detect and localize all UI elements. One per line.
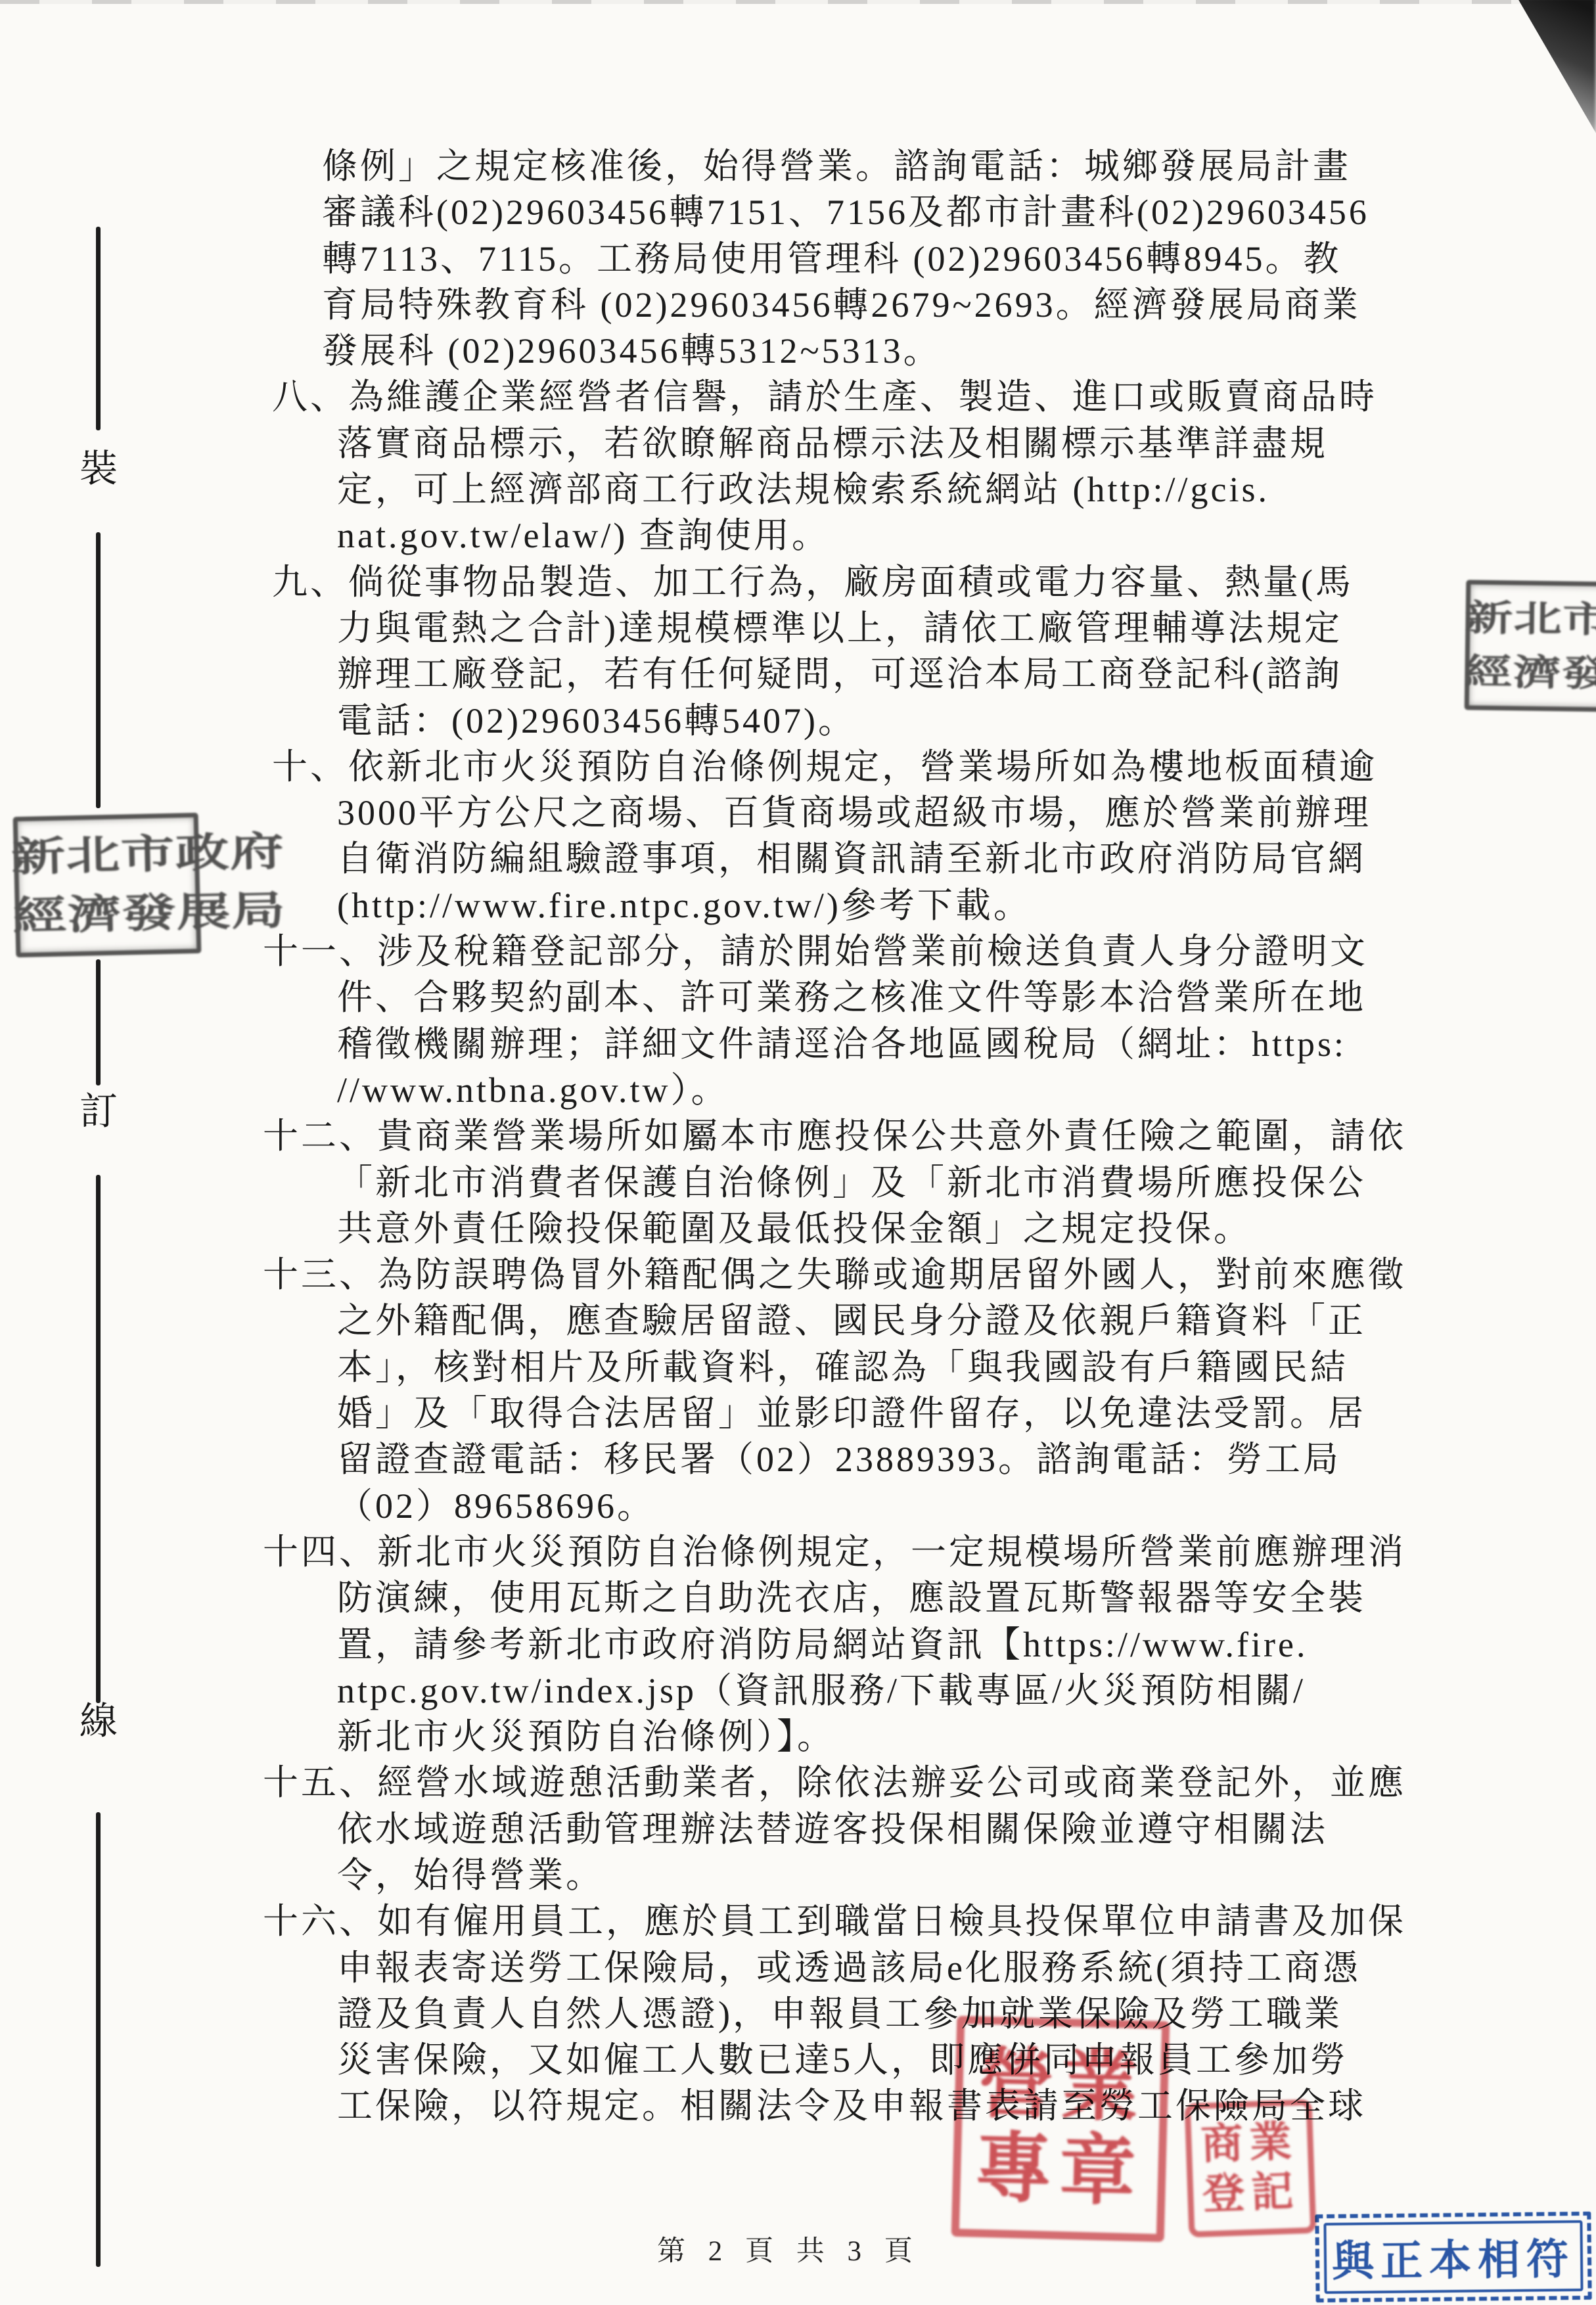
seal-glyphs: 營業專章 [972, 2043, 1150, 2216]
binding-line-segment [96, 1175, 101, 1703]
text-line: 新北市火災預防自治條例）】。 [263, 1714, 1478, 1760]
binding-line-segment [96, 959, 101, 1085]
text-line: 災害保險，又如僱工人數已達5人，即應併同申報員工參加勞 [263, 2037, 1478, 2083]
red-seal-stamp-small: 商業登記 [1184, 2099, 1316, 2238]
text-line: 件、合夥契約副本、許可業務之核准文件等影本洽營業所在地 [263, 974, 1478, 1020]
gray-seal-stamp-right: 新北市政府 經濟發展局 [1465, 580, 1596, 712]
binding-label-ding: 訂 [76, 1092, 121, 1131]
text-line: 電話：(02)29603456轉5407)。 [263, 698, 1478, 744]
text-line: 十、依新北市火災預防自治條例規定，營業場所如為樓地板面積逾 [263, 744, 1478, 790]
seal-glyphs: 商業登記 [1199, 2116, 1301, 2220]
red-seal-stamp-large: 營業專章 [951, 2016, 1170, 2242]
text-line: 證及負責人自然人憑證)，申報員工參加就業保險及勞工職業 [263, 1991, 1478, 2037]
text-line: 條例」之規定核准後，始得營業。諮詢電話：城鄉發展局計畫 [263, 143, 1478, 189]
text-line: 力與電熱之合計)達規模標準以上，請依工廠管理輔導法規定 [263, 605, 1478, 651]
binding-line-segment [96, 227, 101, 430]
text-line: 審議科(02)29603456轉7151、7156及都市計畫科(02)29603… [263, 189, 1478, 235]
seal-text-row: 新北市政府 [1465, 597, 1596, 642]
text-line: 共意外責任險投保範圍及最低投保金額」之規定投保。 [263, 1206, 1478, 1252]
binding-line-segment [96, 532, 101, 808]
text-line: 本」，核對相片及所載資料，確認為「與我國設有戶籍國民結 [263, 1344, 1478, 1390]
text-line: 九、倘從事物品製造、加工行為，廠房面積或電力容量、熱量(馬 [263, 559, 1478, 605]
seal-text-row: 新北市政府 [11, 830, 202, 882]
binding-line-segment [96, 1812, 101, 2267]
text-line: 育局特殊教育科 (02)29603456轉2679~2693。經濟發展局商業 [263, 282, 1478, 328]
folded-corner-artifact [1502, 0, 1596, 142]
text-line: 轉7113、7115。工務局使用管理科 (02)29603456轉8945。教 [263, 236, 1478, 282]
page-number: 第 2 頁 共 3 頁 [657, 2229, 921, 2269]
text-line: 十二、貴商業營業場所如屬本市應投保公共意外責任險之範圍，請依 [263, 1113, 1478, 1159]
text-line: 婚」及「取得合法居留」並影印證件留存，以免違法受罰。居 [263, 1390, 1478, 1436]
body-text: 條例」之規定核准後，始得營業。諮詢電話：城鄉發展局計畫審議科(02)296034… [263, 143, 1478, 2130]
scanner-edge-artifact [0, 0, 1596, 4]
text-line: 防演練，使用瓦斯之自助洗衣店，應設置瓦斯警報器等安全裝 [263, 1575, 1478, 1621]
text-line: 十四、新北市火災預防自治條例規定，一定規模場所營業前應辦理消 [263, 1529, 1478, 1575]
text-line: （02）89658696。 [263, 1483, 1478, 1529]
text-line: 八、為維護企業經營者信譽，請於生產、製造、進口或販賣商品時 [263, 374, 1478, 420]
text-line: 留證查證電話：移民署（02）23889393。諮詢電話：勞工局 [263, 1436, 1478, 1482]
text-line: 落實商品標示，若欲瞭解商品標示法及相關標示基準詳盡規 [263, 421, 1478, 467]
seal-text-row: 經濟發展局 [12, 889, 204, 941]
binding-label-xian: 線 [76, 1702, 121, 1741]
text-line: 置，請參考新北市政府消防局網站資訊【https://www.fire. [263, 1622, 1478, 1668]
scanned-document-page: 裝 新北市政府 經濟發展局 訂 線 新北市政府 經濟發展局 條例」之規定核准後，… [0, 0, 1596, 2305]
text-line: (http://www.fire.ntpc.gov.tw/)參考下載。 [263, 882, 1478, 928]
text-line: 「新北市消費者保護自治條例」及「新北市消費場所應投保公 [263, 1160, 1478, 1206]
text-line: 之外籍配偶，應查驗居留證、國民身分證及依親戶籍資料「正 [263, 1298, 1478, 1344]
text-line: 定，可上經濟部商工行政法規檢索系統網站 (http://gcis. [263, 467, 1478, 513]
certified-copy-stamp-text: 與正本相符 [1323, 2220, 1583, 2294]
text-line: ntpc.gov.tw/index.jsp（資訊服務/下載專區/火災預防相關/ [263, 1668, 1478, 1714]
text-line: 稽徵機關辦理；詳細文件請逕洽各地區國稅局（網址：https: [263, 1021, 1478, 1067]
text-line: 自衛消防編組驗證事項，相關資訊請至新北市政府消防局官網 [263, 836, 1478, 882]
gray-seal-stamp-left: 新北市政府 經濟發展局 [13, 813, 202, 957]
binding-label-zhuang: 裝 [76, 449, 121, 489]
text-line: 3000平方公尺之商場、百貨商場或超級市場，應於營業前辦理 [263, 790, 1478, 836]
text-line: 依水域遊憩活動管理辦法替遊客投保相關保險並遵守相關法 [263, 1806, 1478, 1852]
seal-text-row: 經濟發展局 [1464, 650, 1596, 696]
text-line: 十六、如有僱用員工，應於員工到職當日檢具投保單位申請書及加保 [263, 1898, 1478, 1944]
text-line: 令，始得營業。 [263, 1852, 1478, 1898]
text-line: //www.ntbna.gov.tw）。 [263, 1067, 1478, 1113]
text-line: 十三、為防誤聘偽冒外籍配偶之失聯或逾期居留外國人，對前來應徵 [263, 1252, 1478, 1298]
text-line: nat.gov.tw/elaw/) 查詢使用。 [263, 513, 1478, 559]
text-line: 十一、涉及稅籍登記部分，請於開始營業前檢送負責人身分證明文 [263, 928, 1478, 974]
text-line: 發展科 (02)29603456轉5312~5313。 [263, 328, 1478, 374]
certified-copy-stamp: 與正本相符 [1315, 2212, 1591, 2302]
text-line: 申報表寄送勞工保險局，或透過該局e化服務系統(須持工商憑 [263, 1945, 1478, 1991]
text-line: 辦理工廠登記，若有任何疑問，可逕洽本局工商登記科(諮詢 [263, 651, 1478, 697]
text-line: 十五、經營水域遊憩活動業者，除依法辦妥公司或商業登記外，並應 [263, 1760, 1478, 1806]
